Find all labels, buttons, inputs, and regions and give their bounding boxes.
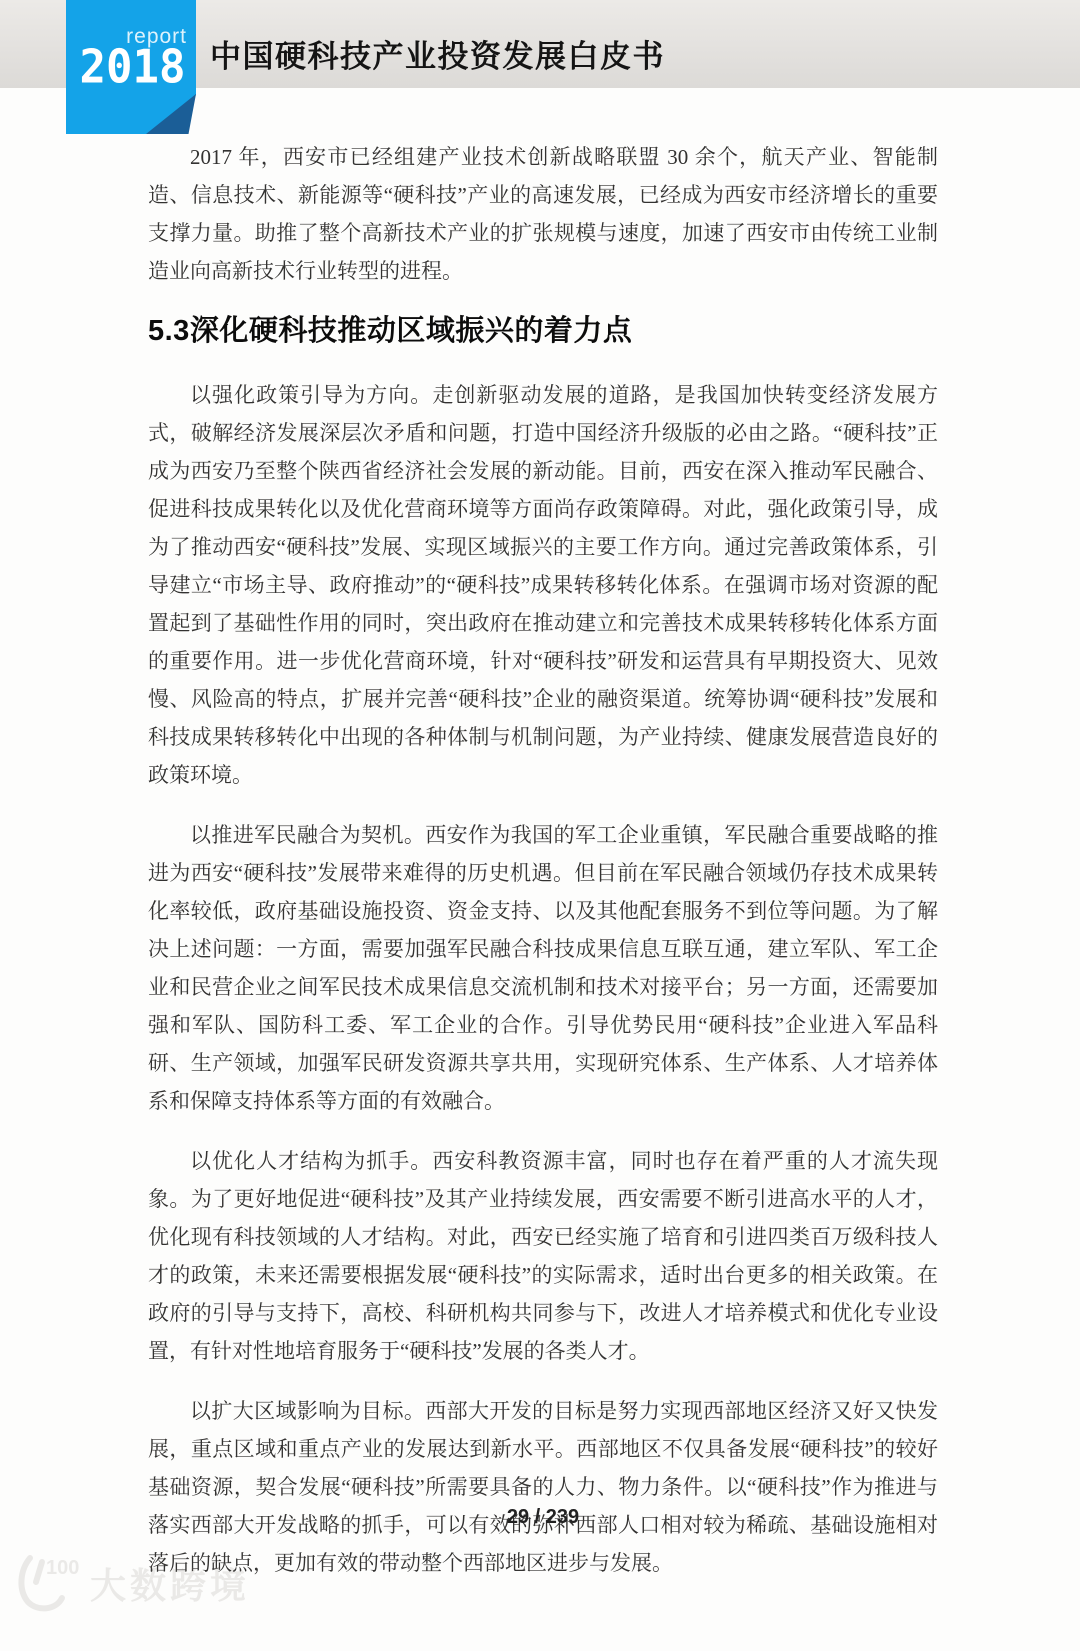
- intro-paragraph: 2017 年，西安市已经组建产业技术创新战略联盟 30 余个，航天产业、智能制造…: [148, 138, 938, 290]
- body-paragraph: 以推进军民融合为契机。西安作为我国的军工企业重镇，军民融合重要战略的推进为西安“…: [148, 816, 938, 1120]
- year-ribbon: report 2018: [66, 0, 196, 134]
- page-number: 29 / 239: [148, 1506, 938, 1529]
- page-content: 2017 年，西安市已经组建产业技术创新战略联盟 30 余个，航天产业、智能制造…: [148, 138, 938, 1582]
- document-title: 中国硬科技产业投资发展白皮书: [210, 31, 665, 76]
- watermark-label: 大数跨境: [90, 1558, 250, 1609]
- document-page: report 2018 中国硬科技产业投资发展白皮书 2017 年，西安市已经组…: [0, 0, 1080, 1651]
- watermark: 100 大数跨境: [16, 1552, 250, 1614]
- section-heading: 5.3深化硬科技推动区域振兴的着力点: [148, 310, 938, 352]
- watermark-logo-icon: 100: [16, 1552, 80, 1614]
- body-paragraph: 以扩大区域影响为目标。西部大开发的目标是努力实现西部地区经济又好又快发展，重点区…: [148, 1392, 938, 1582]
- report-year: 2018: [69, 45, 196, 91]
- watermark-logo-number: 100: [46, 1557, 79, 1579]
- body-paragraph: 以强化政策引导为方向。走创新驱动发展的道路，是我国加快转变经济发展方式，破解经济…: [148, 376, 938, 794]
- body-paragraph: 以优化人才结构为抓手。西安科教资源丰富，同时也存在着严重的人才流失现象。为了更好…: [148, 1142, 938, 1370]
